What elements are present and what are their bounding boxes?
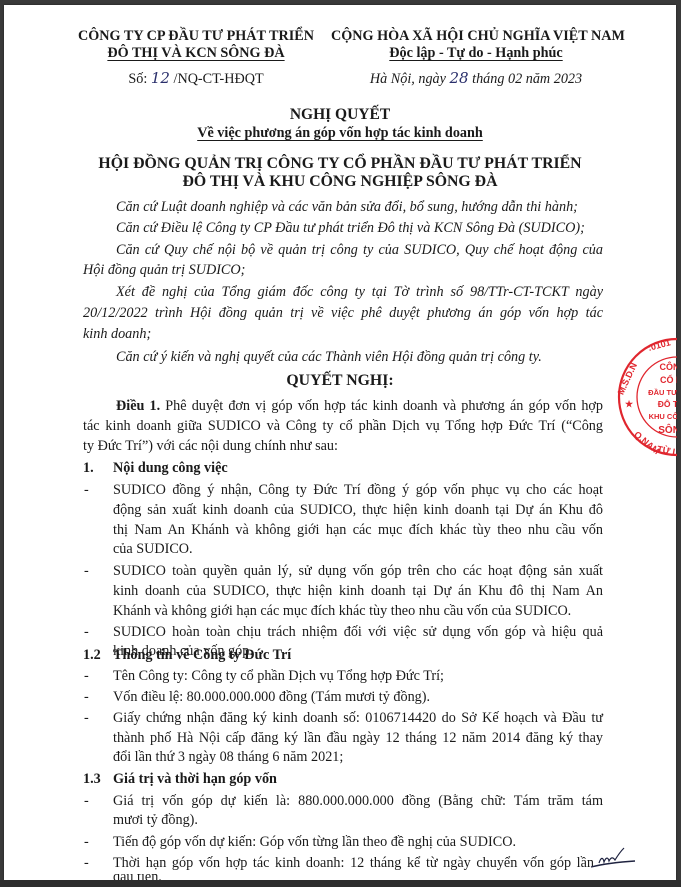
number-prefix: Số: [128, 71, 150, 87]
preamble-line: 20/12/2022 trình Hội đồng quản trị về vi… [83, 305, 603, 322]
svg-text:M.S.D.N: M.S.D.N [616, 361, 639, 396]
article1-line1: Điều 1. Phê duyệt đơn vị góp vốn hợp tác… [116, 398, 603, 415]
country-name: CỘNG HÒA XÃ HỘI CHỦ NGHĨA VIỆT NAM [331, 28, 621, 45]
svg-text:KHU CÔNG: KHU CÔNG [649, 412, 677, 421]
signature-mark-icon [589, 847, 639, 872]
svg-text:TỪ LIÊM: TỪ LIÊM [656, 443, 677, 460]
svg-text:SÔNG: SÔNG [658, 423, 677, 436]
preamble-line: kinh doanh; [83, 326, 151, 343]
document-number: Số: 12 /NQ-CT-HĐQT [66, 70, 326, 88]
section-title: Giá trị và thời hạn góp vốn [113, 771, 277, 788]
svg-text:ĐÔ TH: ĐÔ TH [658, 398, 677, 409]
company-name-line2: ĐÔ THỊ VÀ KCN SÔNG ĐÀ [66, 45, 326, 62]
company-name-line1: CÔNG TY CP ĐẦU TƯ PHÁT TRIỂN [66, 28, 326, 45]
bullet-line: kinh doanh của SUDICO, thực hiện kinh do… [113, 583, 603, 600]
preamble-line: Hội đồng quản trị SUDICO; [83, 262, 245, 279]
section-title: Thông tin về Công ty Đức Trí [113, 647, 291, 664]
bullet-dash: - [84, 563, 89, 580]
bullet-line: đổi lần thứ 3 ngày 08 tháng 6 năm 2021; [113, 749, 343, 766]
svg-text::0101: :0101 [647, 337, 672, 353]
bullet-line: của SUDICO. [113, 541, 193, 558]
company-stamp: CÔNG CỔ P ĐẦU TƯ PH ĐÔ TH KHU CÔNG SÔNG … [615, 335, 677, 460]
article1-label: Điều 1. [116, 398, 160, 414]
bullet-line: Giá trị vốn góp dự kiến là: 880.000.000.… [113, 793, 603, 810]
section-number: 1.2 [83, 647, 101, 664]
bullet-line: SUDICO hoàn toàn chịu trách nhiệm đối vớ… [113, 624, 603, 641]
date-suffix: tháng 02 năm 2023 [469, 71, 583, 87]
resolution-heading: QUYẾT NGHỊ: [4, 372, 676, 389]
bullet-line: động sản xuất kinh doanh của SUDICO, thự… [113, 502, 603, 519]
bullet-dash: - [84, 689, 89, 706]
bullet-line: thành phố Hà Nội cấp đăng ký lần đầu ngà… [113, 730, 603, 747]
bullet-line: Thời hạn góp vốn hợp tác kinh doanh: 12 … [113, 855, 594, 872]
svg-text:CÔNG: CÔNG [660, 361, 678, 372]
date-prefix: Hà Nội, ngày [370, 71, 450, 87]
number-suffix: /NQ-CT-HĐQT [170, 71, 264, 87]
bullet-dash: - [84, 834, 89, 851]
section-title: Nội dung công việc [113, 460, 228, 477]
bullet-line: mươi tỷ đồng). [113, 812, 198, 829]
document-subtitle: Về việc phương án góp vốn hợp tác kinh d… [4, 125, 676, 142]
bullet-dash: - [84, 668, 89, 685]
preamble-line: Căn cứ Quy chế nội bộ về quản trị công t… [116, 242, 603, 259]
subtitle-text: Về việc phương án góp vốn hợp tác kinh d… [197, 125, 483, 141]
document-title: NGHỊ QUYẾT [4, 106, 676, 123]
date-day-handwritten: 28 [450, 69, 469, 87]
article1-text: Phê duyệt đơn vị góp vốn hợp tác kinh do… [160, 398, 603, 414]
bullet-line: Giấy chứng nhận đăng ký kinh doanh số: 0… [113, 710, 603, 727]
document-page: CÔNG TY CP ĐẦU TƯ PHÁT TRIỂN ĐÔ THỊ VÀ K… [4, 5, 676, 880]
bullet-dash: - [84, 793, 89, 810]
company-name-underlined: ĐÔ THỊ VÀ KCN SÔNG ĐÀ [107, 45, 284, 61]
bullet-line: thị Nam An Khánh và không giới hạn các m… [113, 522, 603, 539]
bullet-line: Vốn điều lệ: 80.000.000.000 đồng (Tám mư… [113, 689, 430, 706]
preamble-line: Căn cứ Luật doanh nghiệp và các văn bản … [116, 199, 578, 216]
bullet-dash: - [84, 624, 89, 641]
section-number: 1. [83, 460, 94, 477]
bullet-line: SUDICO toàn quyền quản lý, sử dụng vốn g… [113, 563, 603, 580]
svg-text:★: ★ [625, 399, 634, 409]
bullet-line: Tiến độ góp vốn dự kiến: Góp vốn từng lầ… [113, 834, 516, 851]
number-handwritten: 12 [151, 69, 170, 87]
article1-line2: tác kinh doanh giữa SUDICO và Công ty cổ… [83, 418, 603, 435]
preamble-line: Căn cứ ý kiến và nghị quyết của các Thàn… [116, 349, 542, 366]
svg-text:ĐẦU TƯ PH: ĐẦU TƯ PH [648, 387, 677, 397]
svg-text:CỔ P: CỔ P [660, 374, 677, 385]
bullet-line: Tên Công ty: Công ty cổ phần Dịch vụ Tổn… [113, 668, 444, 685]
document-date: Hà Nội, ngày 28 tháng 02 năm 2023 [331, 70, 621, 88]
stamp-seal-icon: CÔNG CỔ P ĐẦU TƯ PH ĐÔ TH KHU CÔNG SÔNG … [615, 335, 677, 460]
board-heading-line1: HỘI ĐỒNG QUẢN TRỊ CÔNG TY CỔ PHẦN ĐẦU TƯ… [4, 155, 676, 172]
bullet-dash: - [84, 855, 89, 872]
preamble-line: Xét đề nghị của Tổng giám đốc công ty tạ… [116, 284, 603, 301]
preamble-line: Căn cứ Điều lệ Công ty CP Đầu tư phát tr… [116, 220, 585, 237]
bullet-line: SUDICO đồng ý nhận, Công ty Đức Trí đồng… [113, 482, 603, 499]
section-number: 1.3 [83, 771, 101, 788]
article1-line3: ty Đức Trí”) với các nội dung chính như … [83, 438, 338, 455]
board-heading-line2: ĐÔ THỊ VÀ KHU CÔNG NGHIỆP SÔNG ĐÀ [4, 173, 676, 190]
national-motto: Độc lập - Tự do - Hạnh phúc [331, 45, 621, 62]
bullet-line: Khánh và không giới hạn các mục đích khá… [113, 603, 571, 620]
signature-initials [589, 847, 639, 872]
national-motto-text: Độc lập - Tự do - Hạnh phúc [389, 45, 562, 61]
viewer-bottom-edge [0, 880, 681, 887]
bullet-dash: - [84, 482, 89, 499]
bullet-dash: - [84, 710, 89, 727]
